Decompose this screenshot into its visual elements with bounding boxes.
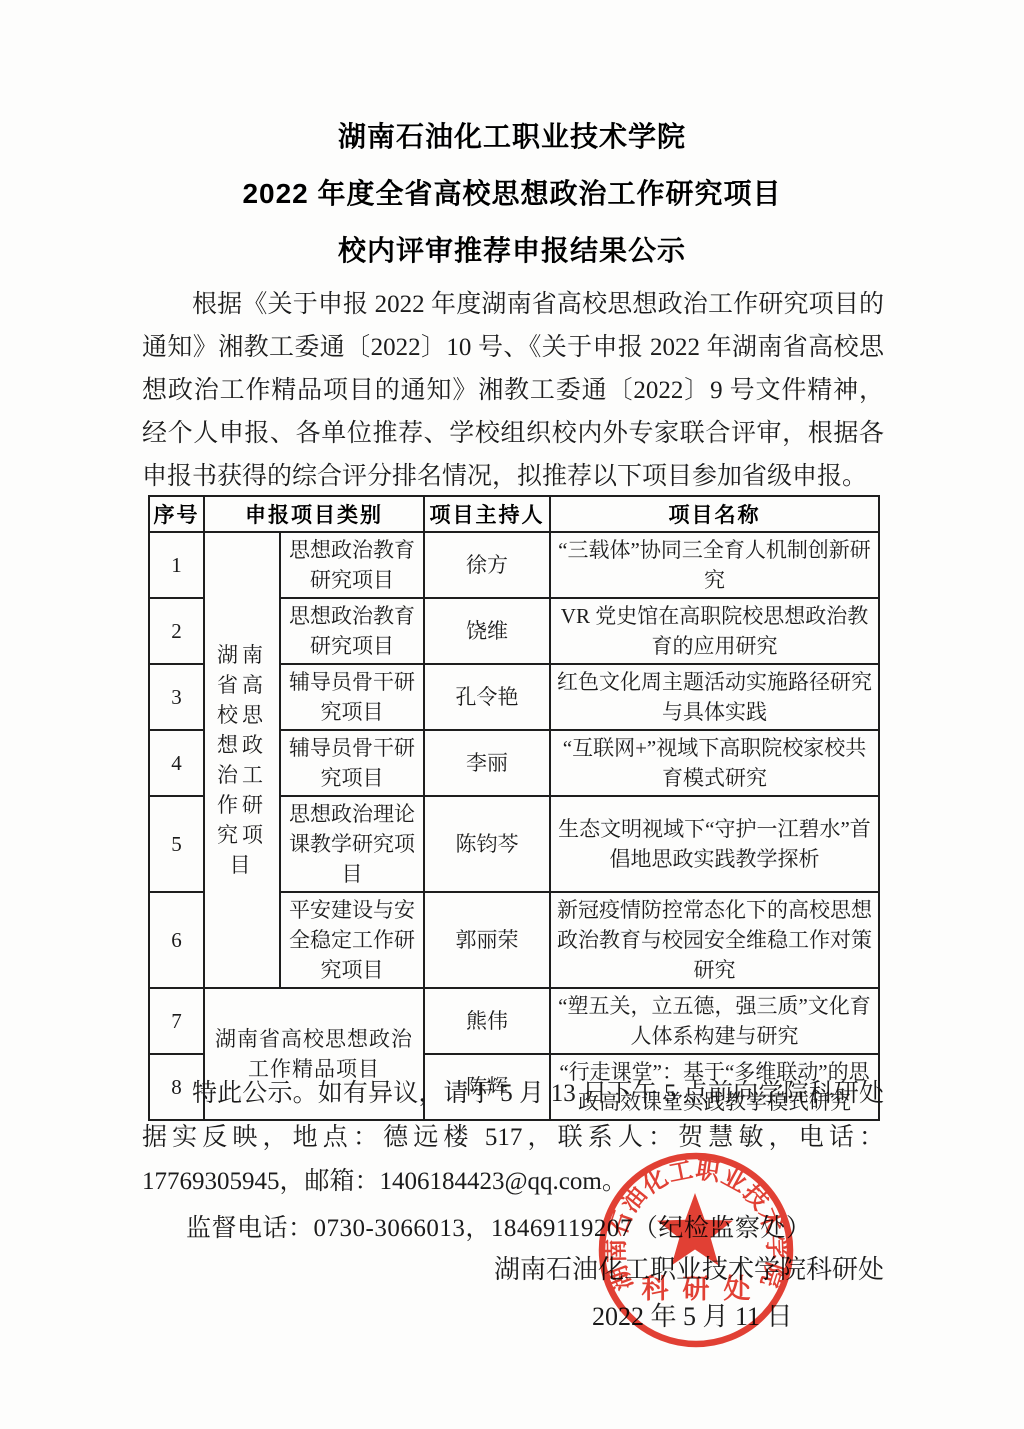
row-no: 1 (149, 532, 204, 598)
document-page: 湖南石油化工职业技术学院 2022 年度全省高校思想政治工作研究项目 校内评审推… (0, 0, 1024, 1429)
row-leader: 陈钧芩 (424, 796, 550, 892)
row-leader: 李丽 (424, 730, 550, 796)
row-no: 4 (149, 730, 204, 796)
row-subcategory: 思想政治教育研究项目 (280, 598, 424, 664)
row-project-name: “塑五关，立五德，强三质”文化育人体系构建与研究 (550, 988, 879, 1054)
row-subcategory: 平安建设与安全稳定工作研究项目 (280, 892, 424, 988)
category-group-research: 湖南省高校思想政治工作研究项目 (204, 532, 280, 988)
row-subcategory: 思想政治教育研究项目 (280, 532, 424, 598)
row-project-name: “三载体”协同三全育人机制创新研究 (550, 532, 879, 598)
row-subcategory: 辅导员骨干研究项目 (280, 730, 424, 796)
table-row: 1 湖南省高校思想政治工作研究项目 思想政治教育研究项目 徐方 “三载体”协同三… (149, 532, 879, 598)
row-project-name: 新冠疫情防控常态化下的高校思想政治教育与校园安全维稳工作对策研究 (550, 892, 879, 988)
supervision-phone-line: 监督电话：0730-3066013，18469119207（纪检监察处） (186, 1208, 811, 1244)
header-leader: 项目主持人 (424, 496, 550, 532)
row-no: 7 (149, 988, 204, 1054)
row-leader: 徐方 (424, 532, 550, 598)
row-no: 5 (149, 796, 204, 892)
row-no: 3 (149, 664, 204, 730)
row-subcategory: 辅导员骨干研究项目 (280, 664, 424, 730)
table-row: 7 湖南省高校思想政治工作精品项目 熊伟 “塑五关，立五德，强三质”文化育人体系… (149, 988, 879, 1054)
row-leader: 熊伟 (424, 988, 550, 1054)
row-leader: 郭丽荣 (424, 892, 550, 988)
document-title-block: 湖南石油化工职业技术学院 2022 年度全省高校思想政治工作研究项目 校内评审推… (0, 108, 1024, 279)
row-subcategory: 思想政治理论课教学研究项目 (280, 796, 424, 892)
header-no: 序号 (149, 496, 204, 532)
signature-department: 湖南石油化工职业技术学院科研处 (494, 1249, 884, 1286)
row-project-name: “互联网+”视域下高职院校家校共育模式研究 (550, 730, 879, 796)
closing-paragraph: 特此公示。如有异议，请于 5 月 13 日下午 5 点前向学院科研处据实反映，地… (142, 1072, 884, 1204)
intro-paragraph: 根据《关于申报 2022 年度湖南省高校思想政治工作研究项目的通知》湘教工委通〔… (142, 283, 884, 498)
table-header-row: 序号 申报项目类别 项目主持人 项目名称 (149, 496, 879, 532)
row-project-name: VR 党史馆在高职院校思想政治教育的应用研究 (550, 598, 879, 664)
row-leader: 孔令艳 (424, 664, 550, 730)
row-no: 6 (149, 892, 204, 988)
title-line-1: 湖南石油化工职业技术学院 (0, 108, 1024, 165)
row-leader: 饶维 (424, 598, 550, 664)
row-no: 2 (149, 598, 204, 664)
projects-table: 序号 申报项目类别 项目主持人 项目名称 1 湖南省高校思想政治工作研究项目 思… (148, 495, 880, 1121)
title-line-3: 校内评审推荐申报结果公示 (0, 222, 1024, 279)
header-project-name: 项目名称 (550, 496, 879, 532)
row-project-name: 红色文化周主题活动实施路径研究与具体实践 (550, 664, 879, 730)
signature-date: 2022 年 5 月 11 日 (592, 1296, 793, 1333)
title-line-2: 2022 年度全省高校思想政治工作研究项目 (0, 165, 1024, 222)
row-project-name: 生态文明视域下“守护一江碧水”首倡地思政实践教学探析 (550, 796, 879, 892)
header-category: 申报项目类别 (204, 496, 424, 532)
